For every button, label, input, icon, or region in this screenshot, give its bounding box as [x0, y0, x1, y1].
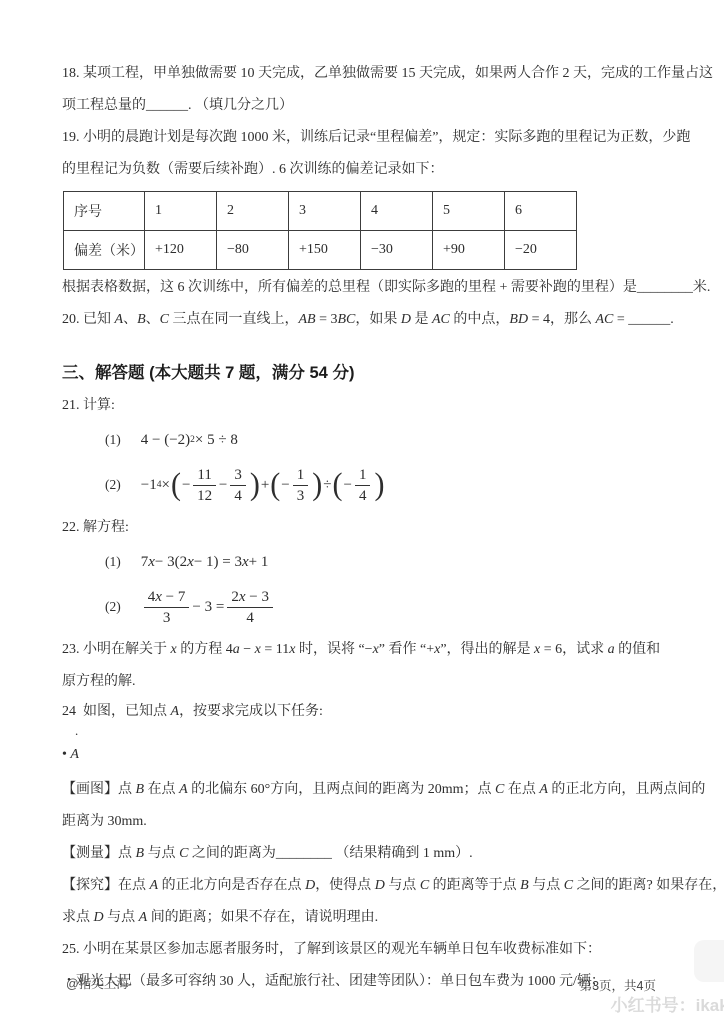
question-24-intro: 24 如图，已知点 A，按要求完成以下任务:	[62, 698, 664, 726]
question-22-label: 22. 解方程:	[62, 512, 664, 544]
question-19-line-2: 的里程记为负数（需要后续补跑）. 6 次训练的偏差记录如下：	[62, 154, 664, 186]
question-18-line-2: 项工程总量的______. （填几分之几）	[62, 90, 664, 122]
point-a-marker: • A	[62, 742, 664, 768]
table-cell: +150	[289, 231, 361, 270]
fraction: 14	[355, 466, 371, 505]
part-number: (1)	[105, 554, 121, 570]
question-21-label: 21. 计算:	[62, 390, 664, 422]
question-20: 20. 已知 A、B、C 三点在同一直线上，AB = 3BC，如果 D 是 AC…	[62, 304, 664, 336]
question-21-part-1: (1) 4 − (−2)2 × 5 ÷ 8	[105, 422, 664, 458]
table-cell: −80	[217, 231, 289, 270]
question-18-line-1: 18. 某项工程，甲单独做需要 10 天完成，乙单独做需要 15 天完成，如果两…	[62, 58, 664, 90]
table-cell: −30	[361, 231, 433, 270]
question-24-measure: 【测量】点 B 与点 C 之间的距离为________ （结果精确到 1 mm）…	[62, 838, 664, 870]
formula-21-1: 4 − (−2)2 × 5 ÷ 8	[141, 432, 238, 449]
page-content: 18. 某项工程，甲单独做需要 10 天完成，乙单独做需要 15 天完成，如果两…	[0, 0, 724, 998]
table-row: 序号 1 2 3 4 5 6	[64, 192, 577, 231]
question-19-summary: 根据表格数据，这 6 次训练中，所有偏差的总里程（即实际多跑的里程 + 需要补跑…	[62, 272, 664, 304]
fraction: 1112	[193, 466, 215, 505]
formula-21-2: −14 × (−1112−34)+(−13)÷(−14)	[141, 466, 386, 505]
question-25-intro: 25. 小明在某景区参加志愿者服务时，了解到该景区的观光车辆单日包车收费标准如下…	[62, 934, 664, 966]
question-23-line-1: 23. 小明在解关于 x 的方程 4a − x = 11x 时，误将 “−x” …	[62, 634, 664, 666]
table-cell: +90	[433, 231, 505, 270]
watermark-stamp	[694, 940, 724, 982]
watermark-text: 小红书号：ikaka2024	[611, 991, 724, 1016]
table-cell: 偏差（米）	[64, 231, 145, 270]
question-19-line-1: 19. 小明的晨跑计划是每次跑 1000 米，训练后记录“里程偏差”，规定：实际…	[62, 122, 664, 154]
fraction: 4x − 73	[144, 588, 190, 627]
part-number: (2)	[105, 599, 121, 615]
footer-page-number: 第3页，共4页	[580, 976, 656, 994]
table-row: 偏差（米） +120 −80 +150 −30 +90 −20	[64, 231, 577, 270]
table-cell: 4	[361, 192, 433, 231]
table-cell: 5	[433, 192, 505, 231]
table-cell: 1	[145, 192, 217, 231]
exam-paper-page: { "q18": { "line1": "18. 某项工程，甲单独做需要 10 …	[0, 0, 724, 1024]
question-24-explore-line-1: 【探究】在点 A 的正北方向是否存在点 D，使得点 D 与点 C 的距离等于点 …	[62, 870, 664, 902]
fraction: 34	[230, 466, 246, 505]
fraction: 2x − 34	[227, 588, 273, 627]
fraction: 13	[293, 466, 309, 505]
formula-22-1: 7x − 3(2x − 1) = 3x + 1	[141, 554, 269, 571]
table-cell: 6	[505, 192, 577, 231]
question-25-bullet: ・观光大巴（最多可容纳 30 人，适配旅行社、团建等团队）：单日包车费为 100…	[62, 966, 664, 998]
table-cell: 3	[289, 192, 361, 231]
question-22-part-1: (1) 7x − 3(2x − 1) = 3x + 1	[105, 544, 664, 580]
question-24-draw-line-2: 距离为 30mm.	[62, 806, 664, 838]
question-21-part-2: (2) −14 × (−1112−34)+(−13)÷(−14)	[105, 458, 664, 512]
table-cell: 2	[217, 192, 289, 231]
question-23-line-2: 原方程的解.	[62, 666, 664, 698]
part-number: (2)	[105, 477, 121, 493]
deviation-table: 序号 1 2 3 4 5 6 偏差（米） +120 −80 +150 −30 +…	[63, 191, 577, 270]
part-number: (1)	[105, 432, 121, 448]
question-24-draw-line-1: 【画图】点 B 在点 A 的北偏东 60°方向，且两点间的距离为 20mm；点 …	[62, 774, 664, 806]
stray-period: .	[75, 726, 664, 738]
table-cell: −20	[505, 231, 577, 270]
footer-author: @指尖上海	[66, 974, 129, 992]
question-24-explore-line-2: 求点 D 与点 A 间的距离；如果不存在，请说明理由.	[62, 902, 664, 934]
table-cell: +120	[145, 231, 217, 270]
table-cell: 序号	[64, 192, 145, 231]
question-22-part-2: (2) 4x − 73 − 3 = 2x − 34	[105, 580, 664, 634]
section-3-title: 三、解答题 (本大题共 7 题，满分 54 分)	[62, 356, 664, 390]
formula-22-2: 4x − 73 − 3 = 2x − 34	[141, 588, 276, 627]
